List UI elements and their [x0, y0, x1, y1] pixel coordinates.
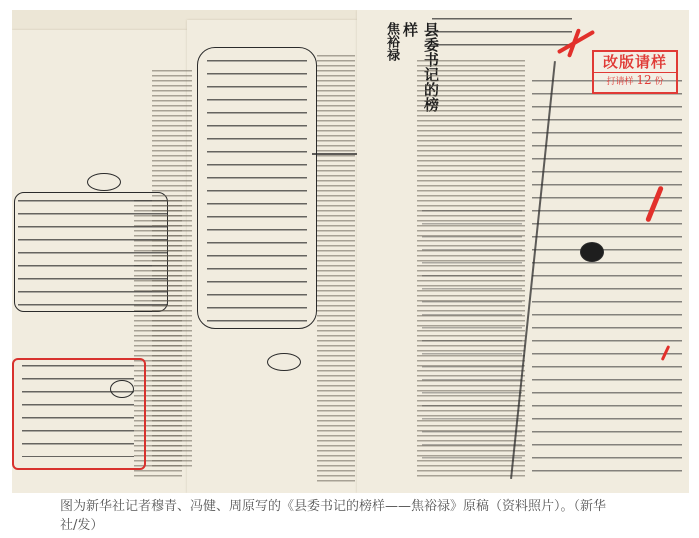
ink-blot	[580, 242, 604, 262]
stamp-subtitle: 打请样 12 份	[594, 73, 676, 89]
manuscript-photo: 县委书记的榜样 焦裕禄 改版请样 打请样 12 份	[12, 10, 689, 493]
middle-left-print-column	[152, 70, 192, 470]
right-inline-edits	[422, 210, 522, 470]
red-note-handwriting	[22, 365, 134, 457]
right-margin-annotations	[532, 80, 682, 480]
left-note-bubble	[87, 173, 121, 191]
top-handwritten-heading	[432, 18, 572, 48]
connector-line	[312, 153, 360, 155]
revision-proof-stamp: 改版请样 打请样 12 份	[592, 50, 678, 94]
stamp-title: 改版请样	[594, 52, 676, 73]
middle-quote-handwriting	[207, 60, 307, 322]
middle-bottom-bubble	[267, 353, 301, 371]
middle-right-print-column	[317, 55, 355, 485]
left-note-outline	[14, 192, 168, 312]
photo-caption: 图为新华社记者穆青、冯健、周原写的《县委书记的榜样——焦裕禄》原稿（资料照片）。…	[60, 497, 620, 535]
handwritten-title-column-2: 焦裕禄	[382, 22, 401, 112]
red-note-bubble	[110, 380, 134, 398]
